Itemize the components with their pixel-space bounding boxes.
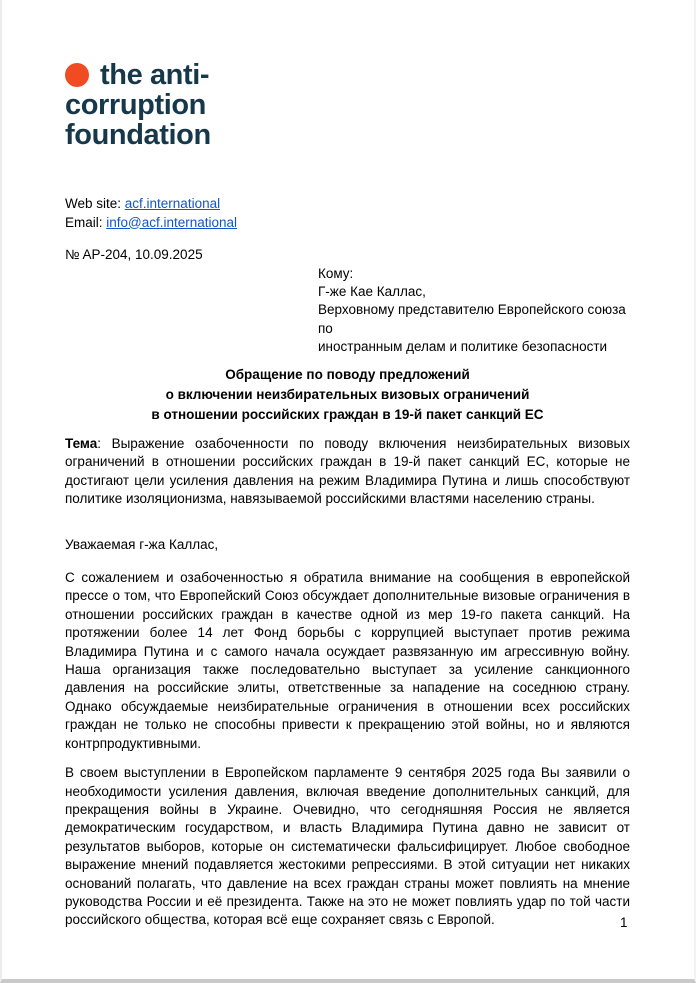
title-line-1: Обращение по поводу предложений bbox=[65, 365, 630, 385]
email-line: Email: info@acf.international bbox=[65, 214, 630, 233]
acf-logo: the anti- corruption foundation bbox=[65, 60, 630, 150]
greeting-line: Уважаемая г-жа Каллас, bbox=[65, 536, 630, 554]
body-paragraph-1: С сожалением и озабоченностью я обратила… bbox=[65, 569, 630, 753]
recipient-block: Кому: Г-же Кае Каллас, Верховному предст… bbox=[318, 265, 630, 356]
recipient-line-1: Кому: bbox=[318, 265, 630, 283]
logo-dot-icon bbox=[65, 63, 89, 87]
website-label: Web site: bbox=[65, 196, 125, 211]
logo-line: the anti- bbox=[65, 60, 630, 90]
document-title: Обращение по поводу предложений о включе… bbox=[65, 365, 630, 425]
page-number: 1 bbox=[620, 915, 628, 930]
logo-text-line-1: the anti- bbox=[100, 60, 209, 90]
recipient-line-3: Верховному представителю Европейского со… bbox=[318, 301, 630, 337]
recipient-line-2: Г-же Кае Каллас, bbox=[318, 283, 630, 301]
body-paragraph-2: В своем выступлении в Европейском парлам… bbox=[65, 764, 630, 930]
subject-label: Тема bbox=[65, 436, 97, 451]
website-line: Web site: acf.international bbox=[65, 195, 630, 214]
reference-number: № AP-204, 10.09.2025 bbox=[65, 246, 630, 264]
contact-block: Web site: acf.international Email: info@… bbox=[65, 195, 630, 232]
title-line-2: о включении неизбирательных визовых огра… bbox=[65, 385, 630, 405]
title-line-3: в отношении российских граждан в 19-й па… bbox=[65, 405, 630, 425]
email-link[interactable]: info@acf.international bbox=[106, 215, 237, 230]
website-link[interactable]: acf.international bbox=[125, 196, 220, 211]
recipient-line-4: иностранным делам и политике безопасност… bbox=[318, 338, 630, 356]
logo-text-line-3: foundation bbox=[65, 120, 630, 150]
document-page: the anti- corruption foundation Web site… bbox=[0, 0, 696, 983]
email-label: Email: bbox=[65, 215, 106, 230]
logo-text-line-2: corruption bbox=[65, 90, 630, 120]
subject-paragraph: Тема: Выражение озабоченности по поводу … bbox=[65, 435, 630, 509]
subject-text: : Выражение озабоченности по поводу вклю… bbox=[65, 436, 630, 506]
